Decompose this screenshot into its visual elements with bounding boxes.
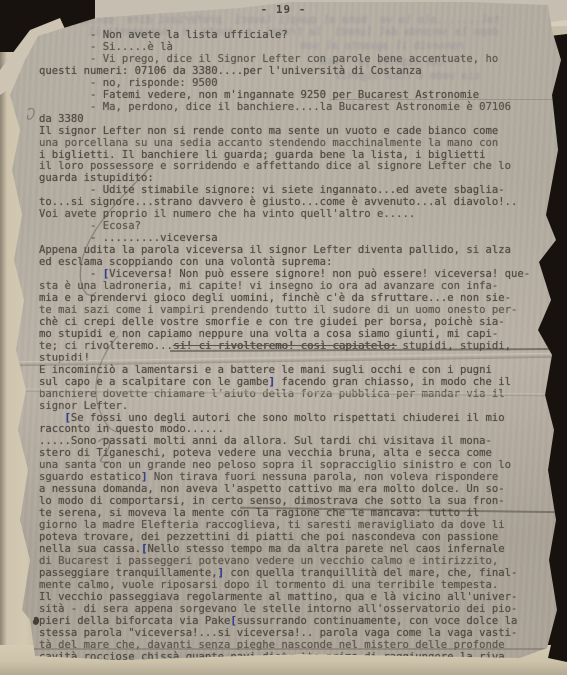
torn-edge-gap <box>548 632 567 662</box>
pencil-margin-marks <box>0 0 567 675</box>
scanned-document: tal.......alo la ve bona al quegli lavor… <box>0 0 567 675</box>
manuscript-page: tal.......alo la ve bona al quegli lavor… <box>0 0 567 675</box>
